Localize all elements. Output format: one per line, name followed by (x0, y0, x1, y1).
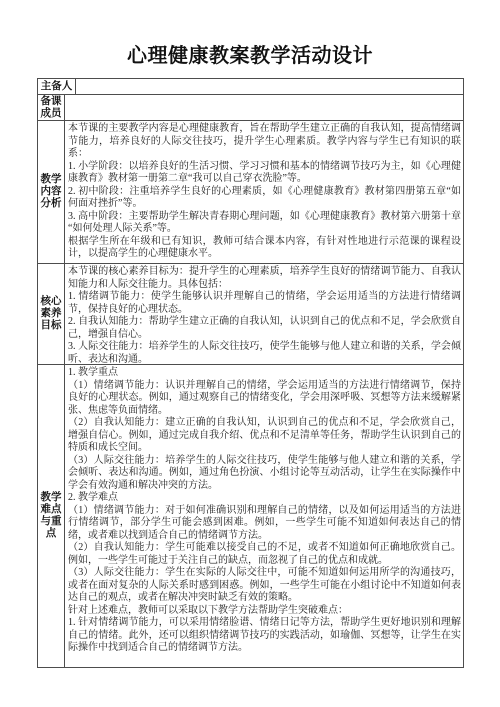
lesson-plan-table: 主备人 备课成员 教学内容分析 本节课的主要教学内容是心理健康教育，旨在帮助学生… (37, 78, 464, 668)
row-content-content-analysis: 本节课的主要教学内容是心理健康教育，旨在帮助学生建立正确的自我认知，提高情绪调节… (65, 121, 463, 263)
document-title: 心理健康教案教学活动设计 (0, 39, 500, 68)
table-row-key-difficult-points: 教学难点与重点 1. 教学重点 （1）情绪调节能力：认识并理解自己的情绪，学会运… (38, 365, 463, 667)
row-content-main-preparer (76, 79, 463, 94)
row-label-content-analysis: 教学内容分析 (38, 121, 65, 263)
table-row-content-analysis: 教学内容分析 本节课的主要教学内容是心理健康教育，旨在帮助学生建立正确的自我认知… (38, 121, 463, 264)
row-label-core-literacy-goals: 核心素养目标 (38, 264, 65, 364)
row-content-prep-members (65, 95, 463, 120)
table-row-main-preparer: 主备人 (38, 79, 463, 95)
row-label-key-difficult-points: 教学难点与重点 (38, 365, 65, 667)
table-row-core-literacy-goals: 核心素养目标 本节课的核心素养目标为：提升学生的心理素质，培养学生良好的情绪调节… (38, 264, 463, 365)
row-label-main-preparer: 主备人 (38, 79, 76, 94)
row-label-prep-members: 备课成员 (38, 95, 65, 120)
row-content-core-literacy-goals: 本节课的核心素养目标为：提升学生的心理素质，培养学生良好的情绪调节能力、自我认知… (65, 264, 463, 364)
table-row-prep-members: 备课成员 (38, 95, 463, 121)
document-page: 心理健康教案教学活动设计 主备人 备课成员 教学内容分析 本节课的主要教学内容是… (0, 0, 500, 707)
row-content-key-difficult-points: 1. 教学重点 （1）情绪调节能力：认识并理解自己的情绪，学会运用适当的方法进行… (65, 365, 463, 667)
